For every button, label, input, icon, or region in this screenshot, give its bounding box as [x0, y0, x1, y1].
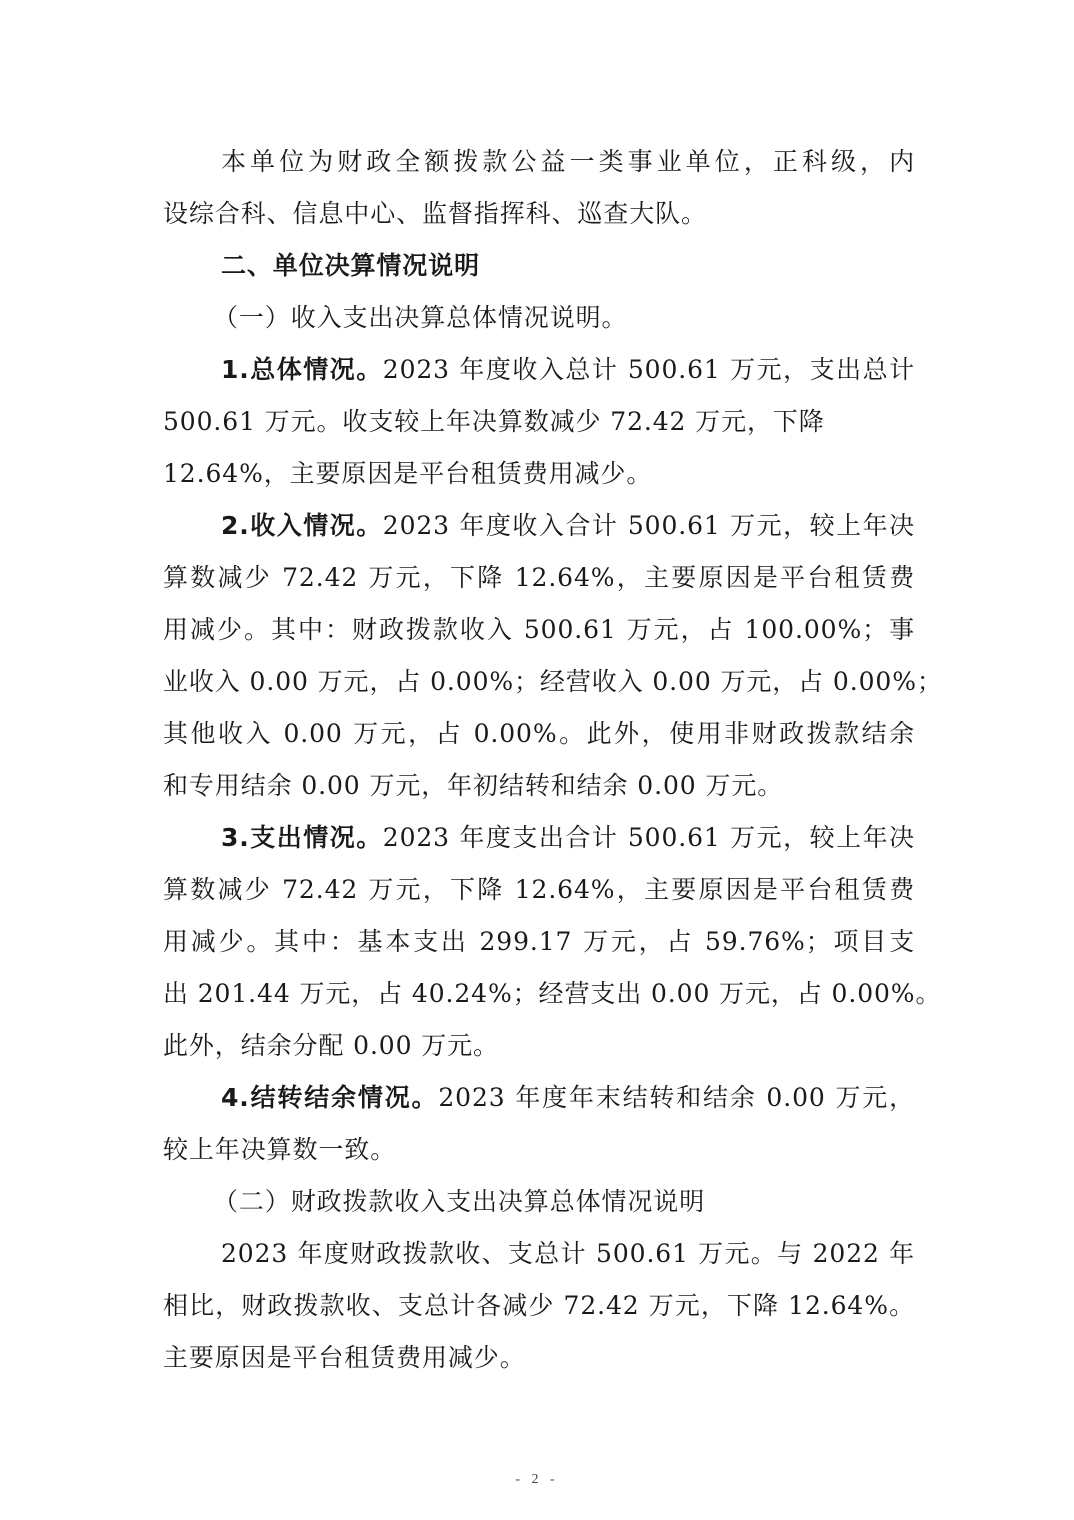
paragraph-line: 业收入 0.00 万元，占 0.00%；经营收入 0.00 万元，占 0.00%… — [163, 656, 915, 708]
item-overall: 1.总体情况。2023 年度收入总计 500.61 万元，支出总计 500.61… — [163, 344, 915, 500]
item-text: 2023 年度收入合计 500.61 万元，较上年决 — [383, 511, 915, 540]
document-page: 本单位为财政全额拨款公益一类事业单位，正科级，内 设综合科、信息中心、监督指挥科… — [163, 136, 915, 1384]
paragraph-line: 12.64%，主要原因是平台租赁费用减少。 — [163, 448, 915, 500]
item-expenditure: 3.支出情况。2023 年度支出合计 500.61 万元，较上年决 算数减少 7… — [163, 812, 915, 1072]
paragraph-line: 4.结转结余情况。2023 年度年末结转和结余 0.00 万元， — [163, 1072, 915, 1124]
intro-paragraph: 本单位为财政全额拨款公益一类事业单位，正科级，内 设综合科、信息中心、监督指挥科… — [163, 136, 915, 240]
item-lead: 4.结转结余情况。 — [221, 1083, 438, 1112]
paragraph-line: 1.总体情况。2023 年度收入总计 500.61 万元，支出总计 — [163, 344, 915, 396]
paragraph-line: 设综合科、信息中心、监督指挥科、巡查大队。 — [163, 188, 915, 240]
paragraph-line: 500.61 万元。收支较上年决算数减少 72.42 万元，下降 — [163, 396, 915, 448]
paragraph-line: 此外，结余分配 0.00 万元。 — [163, 1020, 915, 1072]
item-text: 2023 年度收入总计 500.61 万元，支出总计 — [383, 355, 915, 384]
paragraph-line: 其他收入 0.00 万元，占 0.00%。此外，使用非财政拨款结余 — [163, 708, 915, 760]
subsection-heading: （一）收入支出决算总体情况说明。 — [163, 292, 915, 344]
paragraph-line: 本单位为财政全额拨款公益一类事业单位，正科级，内 — [163, 136, 915, 188]
item-text: 2023 年度支出合计 500.61 万元，较上年决 — [383, 823, 915, 852]
paragraph-line: 2023 年度财政拨款收、支总计 500.61 万元。与 2022 年 — [163, 1228, 915, 1280]
section-heading: 二、单位决算情况说明 — [163, 240, 915, 292]
paragraph-line: 主要原因是平台租赁费用减少。 — [163, 1332, 915, 1384]
paragraph-line: 2.收入情况。2023 年度收入合计 500.61 万元，较上年决 — [163, 500, 915, 552]
subsection-heading: （二）财政拨款收入支出决算总体情况说明 — [163, 1176, 915, 1228]
page-number: - 2 - — [0, 1472, 1074, 1488]
paragraph-line: 算数减少 72.42 万元，下降 12.64%，主要原因是平台租赁费 — [163, 864, 915, 916]
item-lead: 3.支出情况。 — [221, 823, 383, 852]
fiscal-appropriation-paragraph: 2023 年度财政拨款收、支总计 500.61 万元。与 2022 年 相比，财… — [163, 1228, 915, 1384]
paragraph-line: 相比，财政拨款收、支总计各减少 72.42 万元，下降 12.64%。 — [163, 1280, 915, 1332]
item-lead: 1.总体情况。 — [221, 355, 383, 384]
item-carryover: 4.结转结余情况。2023 年度年末结转和结余 0.00 万元， 较上年决算数一… — [163, 1072, 915, 1176]
paragraph-line: 和专用结余 0.00 万元，年初结转和结余 0.00 万元。 — [163, 760, 915, 812]
paragraph-line: 出 201.44 万元，占 40.24%；经营支出 0.00 万元，占 0.00… — [163, 968, 915, 1020]
paragraph-line: 3.支出情况。2023 年度支出合计 500.61 万元，较上年决 — [163, 812, 915, 864]
paragraph-line: 算数减少 72.42 万元，下降 12.64%，主要原因是平台租赁费 — [163, 552, 915, 604]
item-lead: 2.收入情况。 — [221, 511, 383, 540]
paragraph-line: 用减少。其中：基本支出 299.17 万元，占 59.76%；项目支 — [163, 916, 915, 968]
paragraph-line: 较上年决算数一致。 — [163, 1124, 915, 1176]
item-text: 2023 年度年末结转和结余 0.00 万元， — [438, 1083, 915, 1112]
paragraph-line: 用减少。其中：财政拨款收入 500.61 万元，占 100.00%；事 — [163, 604, 915, 656]
item-income: 2.收入情况。2023 年度收入合计 500.61 万元，较上年决 算数减少 7… — [163, 500, 915, 812]
